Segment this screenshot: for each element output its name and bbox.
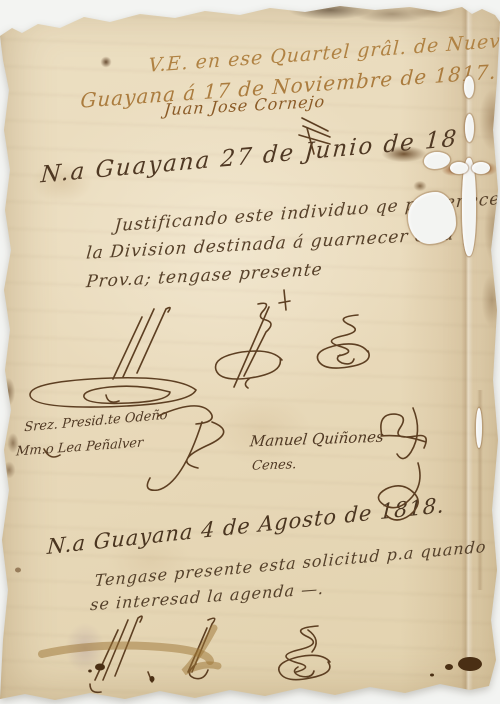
rubric-bottom-left	[90, 616, 152, 692]
ink-blot-mid-dot	[150, 676, 155, 682]
document-scan: V.E. en ese Quartel grâl. de Nueva Guaya…	[0, 0, 500, 704]
fold-hole-arm-left	[450, 162, 468, 174]
ink-blot-left-dot	[88, 670, 92, 673]
fold-hole-arm-right	[472, 162, 490, 174]
entry-june-dateline: N.a Guayana 27 de Junio de 18	[40, 126, 459, 189]
oval-flourish-left	[30, 378, 196, 407]
signature-right-name-2: Cenes.	[251, 457, 297, 474]
rubric-right-upper	[381, 408, 426, 459]
fold-slit-mid	[465, 114, 474, 142]
signature-right-name-1: Manuel Quiñones	[249, 428, 385, 451]
vertical-fold-crease	[461, 0, 473, 704]
rubric-middle-center	[216, 303, 282, 388]
rubric-middle-left	[106, 308, 170, 403]
rubric-bottom-center	[188, 618, 215, 678]
fold-slit-upper	[464, 76, 474, 98]
paraph-mark	[279, 290, 290, 310]
paper-wrap: V.E. en ese Quartel grâl. de Nueva Guaya…	[0, 0, 500, 704]
rubric-bottom-right	[279, 626, 330, 680]
signature-left-name-2: Mm.o Lea Peñalver	[16, 436, 144, 460]
ink-blot-dot-1	[430, 674, 434, 677]
entry-june-line-3: Prov.a; tengase presente	[85, 260, 323, 293]
fold-slit-lower	[476, 408, 482, 448]
rubric-middle-right	[317, 315, 369, 368]
tear-hole-large	[408, 192, 456, 244]
ink-wash-bottom-center	[184, 628, 218, 672]
ink-blot-left	[95, 664, 105, 671]
signature-left-name-1: Srez. Presid.te Odeño	[24, 408, 168, 436]
ink-blot-bottom-right-small	[445, 664, 453, 670]
manuscript-page: V.E. en ese Quartel grâl. de Nueva Guaya…	[0, 0, 500, 704]
ink-wash-bottom-oval	[42, 646, 210, 661]
foxing-dot	[15, 568, 21, 573]
tear-hole-small	[424, 152, 450, 169]
